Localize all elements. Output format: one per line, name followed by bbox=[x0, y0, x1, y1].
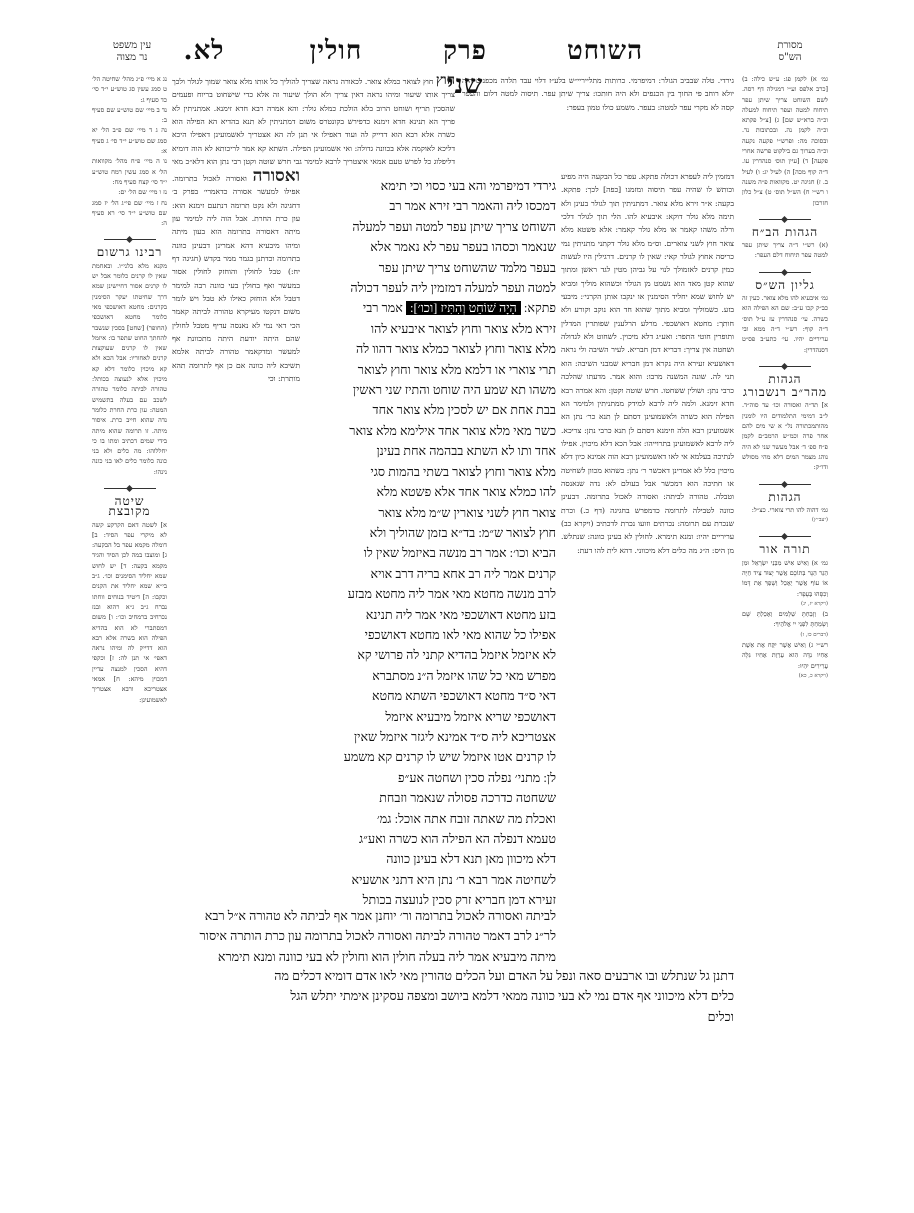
gemara-line: לרב מנשה מחטא מאי אמר ליה מחטא מבזע bbox=[304, 584, 556, 604]
ein-mishpat-entry: נג א מיי׳ פ״ג מהל׳ שחיטה הל׳ ט סמג עשין … bbox=[92, 74, 167, 105]
gemara-line: למטה ועפר למעלה דמזמין ליה לעפר דכולה bbox=[304, 278, 556, 298]
gemara-line: בעפר מלמד שהשוחט צריך שיתן עפר bbox=[304, 258, 556, 278]
gemara-line: השוחט צריך שיתן עפר למטה ועפר למעלה bbox=[304, 217, 556, 237]
section-divider bbox=[759, 216, 811, 223]
gemara-line: דמכסו ליה והאמר רבי זירא אמר רב bbox=[304, 196, 556, 216]
gemara-full-lines: דתנן גל שנתלש ובו ארבעים סאה ונפל על האד… bbox=[172, 966, 734, 1030]
gemara-line: ששחטה כדרכה פסולה שנאמר וזבחת bbox=[304, 788, 556, 808]
gemara-line: להו כמלא צואר אחד אלא פשטא מלא bbox=[304, 482, 556, 502]
rabbeinu-gershom-text: מקנא מלא בלני״ו. ובאחמת שאין לו קרנים כל… bbox=[92, 261, 167, 477]
section-divider bbox=[759, 533, 811, 540]
hagahot2-cite: (יעב״ץ) bbox=[742, 515, 828, 525]
gemara-mishnah-line: פתקא: הָיָה שׁוֹחֵט וְהִתִּיז [וכו׳]: אמ… bbox=[304, 298, 556, 318]
gemara-line: לביתה ואסורה לאכול בתרומה ור׳ יוחנן אמר … bbox=[172, 906, 556, 926]
ein-mishpat-header: עין משפט נר מצוה bbox=[102, 40, 162, 64]
section-divider bbox=[104, 485, 156, 492]
gemara-line: לר״נ לרב דאמר טהורה לביתה ואסורה לאכול ב… bbox=[172, 926, 556, 946]
right-margin-column: גמ׳ א) לקמן פג: ע״ש כילה: ב) [כרב אלפס ו… bbox=[742, 74, 828, 894]
hagahot2-title: הגהות bbox=[742, 492, 828, 502]
mishnah-dibbur-hamatchil: הָיָה שׁוֹחֵט וְהִתִּיז [וכו׳]: bbox=[406, 301, 521, 315]
tosafot-narrow-text: ואסורה ואסורה לאכול בתרומה. אפילו למעשר … bbox=[172, 170, 300, 900]
page-header: עין משפט נר מצוה לא. חולין פרק שני השוחט… bbox=[0, 34, 914, 74]
gemara-line: כלים דלא מיכווני אף אדם נמי לא בעי כוונה… bbox=[172, 986, 734, 1006]
torah-or-entry: רש״י ג) וְאִישׁ אֲשֶׁר יִקַּח אֶת אֵשֶׁת… bbox=[742, 640, 828, 681]
gemara-line: אחד ותו לא השתא בבהמה אחת בעינן bbox=[304, 441, 556, 461]
daf-number: לא. bbox=[174, 34, 234, 68]
hagahot-bach-title: הגהות הב״ח bbox=[742, 227, 828, 237]
hagahot2-text: גמ׳ דהוה להו תרי צוארי. כצ״ל: bbox=[742, 505, 828, 515]
tosafot-para-2: ואסורה ואסורה לאכול בתרומה. אפילו למעשר … bbox=[172, 170, 300, 386]
gilyon-hashas-title: גליון הש״ס bbox=[742, 280, 828, 290]
ein-mishpat-entry: נד ב מיי׳ שם טוש״ע שם סעיף ב: bbox=[92, 105, 167, 126]
hagahot-rashbar-text: א] תד״ה ואסורה וכו׳ עד סוה״ד. ל״ב דמימי … bbox=[742, 400, 828, 472]
ein-mishpat: נג א מיי׳ פ״ג מהל׳ שחיטה הל׳ ט סמג עשין … bbox=[92, 74, 167, 228]
section-divider bbox=[759, 481, 811, 488]
gemara-line: חוץ לצואר ש״מ: בד״א בזמן שהוליך ולא bbox=[304, 523, 556, 543]
rabbeinu-gershom-title: רבינו גרשום bbox=[92, 247, 167, 257]
gemara-line: זירא מלא צואר וחוץ לצואר איבעיא להו bbox=[304, 319, 556, 339]
left-margin-column: נג א מיי׳ פ״ג מהל׳ שחיטה הל׳ ט סמג עשין … bbox=[92, 74, 167, 854]
gemara-line: מלא צואר וחוץ לצואר בשתי בהמות סגי bbox=[304, 462, 556, 482]
gemara-line: דאי ס״ד מחטא דאושכפי השתא מחטא bbox=[304, 686, 556, 706]
gemara-line: לן: מתני׳ נפלה סכין ושחטה אע״פ bbox=[304, 768, 556, 788]
gemara-line: אפילו כל שהוא מאי לאו מחטא דאושכפי bbox=[304, 625, 556, 645]
ein-mishpat-entry: נה ג ד מיי׳ שם פ״ב הל׳ יא סמג שם טוש״ע י… bbox=[92, 125, 167, 156]
rashi-column: דמזמין ליה לעפרא דכולה פתקא. עפר כל הבקע… bbox=[561, 170, 734, 900]
section-divider bbox=[759, 269, 811, 276]
gemara-line: שנאמר וכסהו בעפר עפר לא נאמר אלא bbox=[304, 237, 556, 257]
masoret-header: מסורת הש"ס bbox=[765, 40, 815, 64]
gemara-line: ואכלת מה שאתה זובח אתה אוכל: גמ׳ bbox=[304, 809, 556, 829]
tosafot-para: חוץ לצואר כמלא צואר. לכאורה נראה שצריך ל… bbox=[172, 77, 455, 170]
gemara-line: מפרש מאי כל שהו איזמל ה״נ מסתברא bbox=[304, 666, 556, 686]
gemara-line: לשחיטה אמר רבא ר׳ נתן היא דתני אושעיא bbox=[304, 870, 556, 890]
tosafot-lead-word: ואסורה bbox=[253, 170, 300, 186]
gemara-line: לא איזמל איזמל בהדיא קתני לה פרושי קא bbox=[304, 645, 556, 665]
gemara-line: בבת אחת אם יש לסכין מלא צואר אחד bbox=[304, 400, 556, 420]
rashi-bottom bbox=[561, 900, 734, 960]
gemara-line: דלא מיכוון מאן תנא דלא בעינן כוונה bbox=[304, 849, 556, 869]
gemara-wide-lines: לביתה ואסורה לאכול בתרומה ור׳ יוחנן אמר … bbox=[172, 906, 556, 968]
gemara-line: זעירא דמן חבריא זרק סכין לנועצה בכותל bbox=[304, 890, 556, 906]
ein-mishpat-entry: נח ז מיי׳ שם פי״ג הל׳ יז סמג שם טוש״ע י״… bbox=[92, 198, 167, 229]
torah-or-title: תורה אור bbox=[742, 544, 828, 554]
gemara-line: גירדי דמיפרמי והא בעי כסוי וכי תימא bbox=[304, 176, 556, 196]
gemara-line: תרי צוארי או דלמא מלא צואר וחוץ לצואר bbox=[304, 360, 556, 380]
tosafot-column: חוץ חוץ לצואר כמלא צואר. לכאורה נראה שצר… bbox=[172, 74, 455, 170]
gemara-line: משהו תא שמע היה שוחט והתיז שני ראשין bbox=[304, 380, 556, 400]
gemara-line: אצטריכא ליה ס״ד אמינא ליגזר איזמל שאין bbox=[304, 727, 556, 747]
gemara-line: מיתה מיבעיא אמר ליה בעלה חולין הוא וחולי… bbox=[172, 947, 556, 967]
ein-mishpat-entry: נו ה מיי׳ פ״ח מהל׳ מקוואות הל׳ א סמג עשי… bbox=[92, 156, 167, 187]
torah-or-entry: גמ׳ א) וְאִישׁ אִישׁ מִבְּנֵי יִשְׂרָאֵל… bbox=[742, 558, 828, 609]
gemara-line: לו קרנים אטו איזמל שיש לו קרנים קא משמע bbox=[304, 747, 556, 767]
tosafot-text-top: חוץ חוץ לצואר כמלא צואר. לכאורה נראה שצר… bbox=[172, 74, 455, 170]
gemara-line: דאושכפי שריא איזמל מיבעיא איזמל bbox=[304, 707, 556, 727]
rashi-column-top: גירדי. טלה שבביב הגולר: דמיפרמי. כרותות … bbox=[462, 74, 734, 170]
gemara-column: גירדי דמיפרמי והא בעי כסוי וכי תימא דמכס… bbox=[304, 176, 556, 906]
gemara-line: טעמא דנפלה הא הפילה הוא כשרה ואע״ג bbox=[304, 829, 556, 849]
gemara-line: כשר מאי מלא צואר אחד אילימא מלא צואר bbox=[304, 421, 556, 441]
shita-mekubetzet-title: שיטה מקובצת bbox=[92, 496, 167, 517]
gemara-line: קרנים אמר ליה רב אחא בריה דרב אויא bbox=[304, 564, 556, 584]
chapter-name: השוחט bbox=[555, 34, 655, 68]
hagahot-subtitle: מהר״ב רנשבורג bbox=[742, 387, 828, 397]
masoret-hashas-text: גמ׳ א) לקמן פג: ע״ש כילה: ב) [כרב אלפס ו… bbox=[742, 74, 828, 208]
gemara-line: וכלים bbox=[172, 1007, 734, 1027]
gemara-line: הביא וכו׳: אמר רב מנשה באיזמל שאין לו bbox=[304, 543, 556, 563]
gemara-line: צואר חוץ לשני צוארין ש״מ מלא צואר bbox=[304, 503, 556, 523]
rashi-para: דמזמין ליה לעפרא דכולה פתקא. עפר כל הבקע… bbox=[561, 172, 734, 555]
shita-mekubetzet-text: א] לשטה דאם הקרקע קשה לא מיקרי עפר הסיד:… bbox=[92, 520, 167, 705]
section-divider bbox=[759, 363, 811, 370]
tractate-title: חולין bbox=[296, 34, 376, 68]
section-divider bbox=[104, 236, 156, 243]
torah-or-entry: ב) וְזָבַחְתָּ שְׁלָמִים וְאָכַלְתָּ שָּ… bbox=[742, 609, 828, 640]
gilyon-hashas-text: גמ׳ איבעיא להו מלא צואר. כעין זה כב״ק קכ… bbox=[742, 293, 828, 355]
hagahot-title: הגהות bbox=[742, 374, 828, 384]
tosafot-lead-word: חוץ bbox=[436, 74, 455, 88]
rashi-para: גירדי. טלה שבביב הגולר: דמיפרמי. כרותות … bbox=[462, 76, 734, 112]
gemara-line: מלא צואר וחוץ לצואר כמלא צואר דהוו לה bbox=[304, 339, 556, 359]
hagahot-bach-text: (א) רש״י ד״ה צריך שיתן עפר למטה עפר תיחו… bbox=[742, 240, 828, 261]
gemara-line: דתנן גל שנתלש ובו ארבעים סאה ונפל על האד… bbox=[172, 966, 734, 986]
ein-mishpat-entry: נז ו מיי׳ שם הל׳ ים: bbox=[92, 187, 167, 197]
gemara-line: בזע מחטא דאושכפי מאי אמר ליה תנינא bbox=[304, 605, 556, 625]
